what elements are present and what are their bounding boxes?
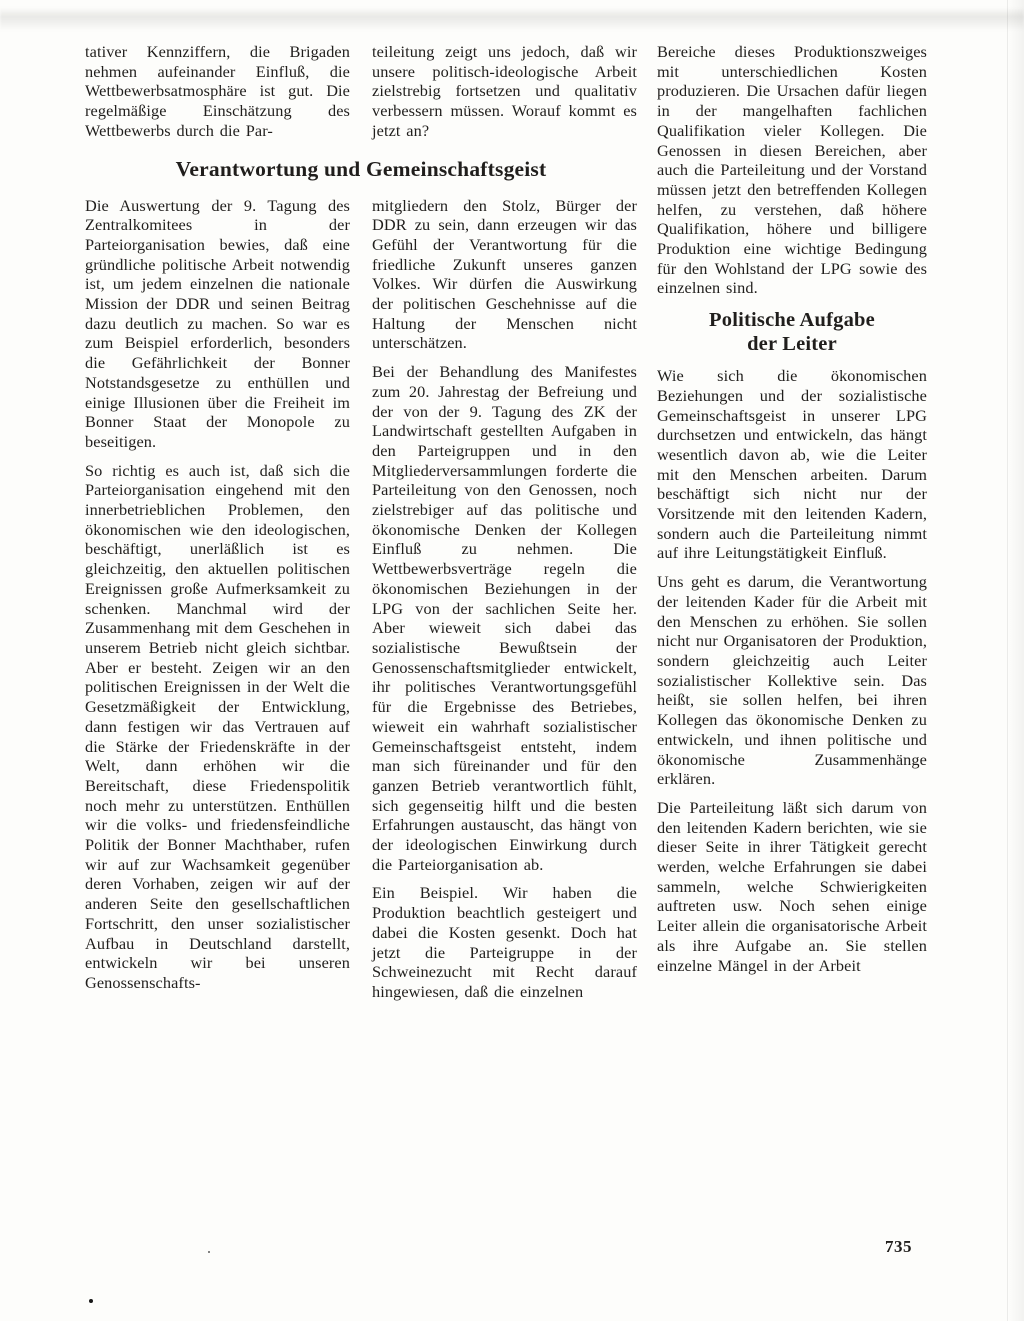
- right-column-paragraph-2: Uns geht es darum, die Verantwortung der…: [657, 572, 927, 789]
- article-col2-paragraph-2: Bei der Behandlung des Manifestes zum 20…: [372, 362, 637, 874]
- sub-heading-politische-aufgabe: Politische Aufgabeder Leiter: [663, 309, 921, 356]
- article-col2-paragraph-3: Ein Beispiel. Wir haben die Produktion b…: [372, 883, 637, 1001]
- prelude-column-1: tativer Kennziffern, die Brigaden nehmen…: [85, 42, 350, 141]
- scan-artifact-top-band: [0, 7, 1024, 31]
- ink-speck: [89, 1299, 93, 1303]
- scanned-magazine-page: tativer Kennziffern, die Brigaden nehmen…: [0, 0, 1024, 1321]
- right-column: Bereiche dieses Produktionszweiges mit u…: [657, 42, 927, 1002]
- article-column-2: mitgliedern den Stolz, Bürger der DDR zu…: [372, 196, 637, 1002]
- left-two-column-area: tativer Kennziffern, die Brigaden nehmen…: [85, 42, 637, 1002]
- prelude-column-2: teileitung zeigt uns jedoch, daß wir uns…: [372, 42, 637, 141]
- sub-heading-line2: der Leiter: [747, 333, 837, 355]
- right-column-paragraph-1: Wie sich die ökonomischen Beziehungen un…: [657, 366, 927, 563]
- prelude-col1-text: tativer Kennziffern, die Brigaden nehmen…: [85, 42, 350, 141]
- right-column-paragraph-3: Die Parteileitung läßt sich darum von de…: [657, 798, 927, 975]
- article-col1-paragraph-1: Die Auswertung der 9. Tagung des Zentral…: [85, 196, 350, 452]
- sub-heading-line1: Politische Aufgabe: [709, 309, 875, 331]
- right-column-paragraph-top: Bereiche dieses Produktionszweiges mit u…: [657, 42, 927, 298]
- article-body-columns: Die Auswertung der 9. Tagung des Zentral…: [85, 196, 637, 1002]
- page-content: tativer Kennziffern, die Brigaden nehmen…: [85, 42, 927, 1002]
- article-heading: Verantwortung und Gemeinschaftsgeist: [85, 157, 637, 181]
- page-number: 735: [852, 1237, 912, 1257]
- ink-speck: [208, 1251, 210, 1253]
- scan-artifact-right-line: [1007, 0, 1008, 1321]
- article-col1-paragraph-2: So richtig es auch ist, daß sich die Par…: [85, 461, 350, 993]
- previous-article-ending: tativer Kennziffern, die Brigaden nehmen…: [85, 42, 637, 141]
- article-column-1: Die Auswertung der 9. Tagung des Zentral…: [85, 196, 350, 1002]
- article-col2-paragraph-1: mitgliedern den Stolz, Bürger der DDR zu…: [372, 196, 637, 354]
- prelude-col2-text: teileitung zeigt uns jedoch, daß wir uns…: [372, 42, 637, 141]
- scan-artifact-right-shade: [1008, 0, 1024, 1321]
